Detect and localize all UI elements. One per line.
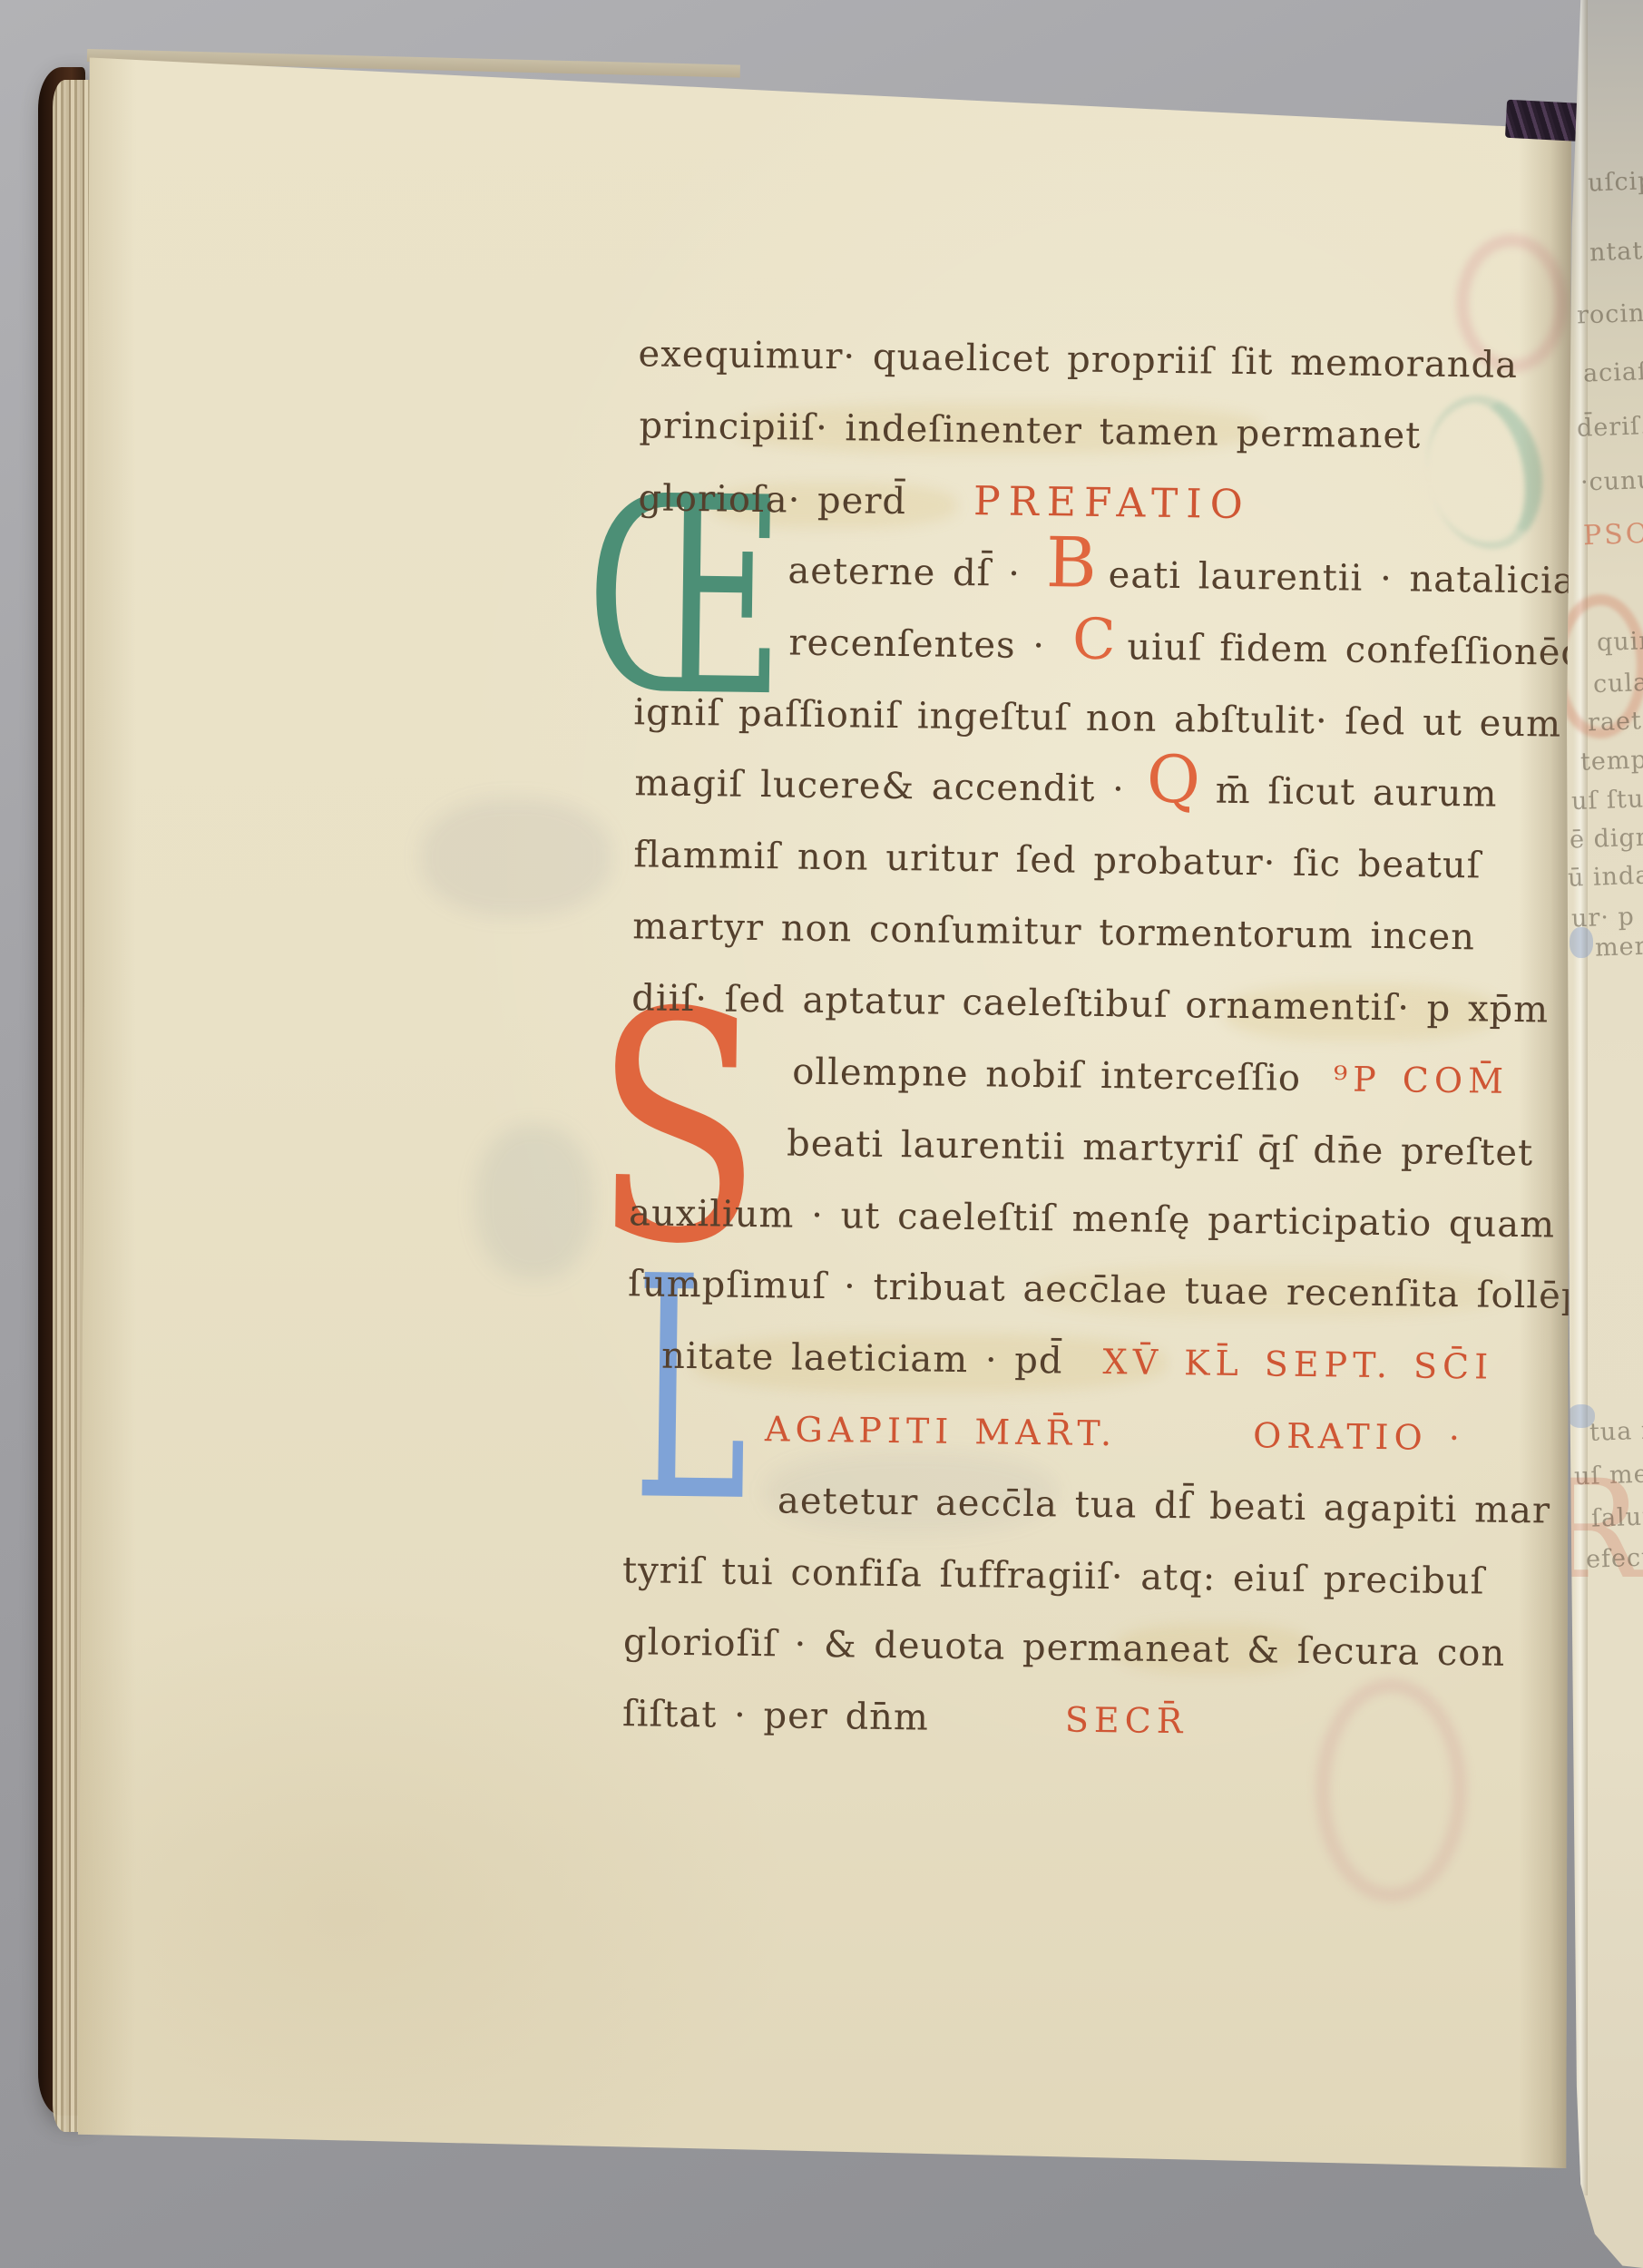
text-line: glorioſiſ · & deuota permaneat & ſecura … [623, 1615, 1506, 1681]
fore-edge-text: ntate [1589, 237, 1643, 268]
fore-edge-text: uſcipe [1587, 166, 1643, 197]
fore-edge-text: raete [1587, 707, 1643, 738]
fore-edge-text: ·cunut [1579, 465, 1643, 496]
text-line: principiiſ· indeſinenter tamen permanet [639, 398, 1422, 463]
text-line: AGAPITI MAR̄T.ORATIO · [765, 1402, 1466, 1465]
text-line: magiſ lucere& accendit ·Qm̄ ſicut aurum [634, 756, 1498, 821]
latin-text: ſiſtat · per dn̄m [622, 1686, 930, 1745]
latin-text: beati laurentii martyriſ q̄ſ dn̄e preſte… [787, 1116, 1534, 1180]
rubric-xv-kl-sept: XV̄ KL̄ SEPT. SC̄I [1102, 1334, 1493, 1394]
latin-text: ſumpſimuſ · tribuat aecc̄lae tuae recenſ… [628, 1256, 1586, 1324]
latin-text: m̄ ſicut aurum [1215, 764, 1497, 822]
fore-edge-text: quin [1596, 627, 1643, 657]
fore-edge-text: cula [1592, 669, 1643, 699]
latin-text: glorioſa· perd̄ [638, 471, 906, 529]
fore-edge-text: efecti o [1585, 1542, 1643, 1574]
text-line: aetetur aecc̄la tua dſ̄ beati agapiti ma… [777, 1473, 1551, 1538]
rubric-secreta: SECR̄ [1065, 1693, 1188, 1749]
rubric-oratio: ORATIO · [1253, 1408, 1466, 1465]
fore-edge-blue-initial-ghost [1570, 927, 1593, 958]
text-line: ſumpſimuſ · tribuat aecc̄lae tuae recenſ… [628, 1256, 1586, 1324]
text-line: ollempne nobiſ interceſſio⁹P COM̄ [792, 1045, 1510, 1109]
text-line: beati laurentii martyriſ q̄ſ dn̄e preſte… [787, 1116, 1534, 1180]
latin-text: aeterne dſ̄ · [787, 543, 1021, 601]
text-line: glorioſa· perd̄PREFATIO [638, 470, 1251, 533]
facing-folio-edge: uſcipe ntate rocinio lu aciaſti d̄eriſ. … [1564, 0, 1643, 2268]
text-line: nitate laeticiam · pd̄XV̄ KL̄ SEPT. SC̄I [661, 1329, 1494, 1394]
latin-text: diiſ· ſed aptatur caeleſtibuſ ornamentiſ… [631, 971, 1550, 1037]
fore-edge-text: tua ſuſt [1589, 1415, 1643, 1447]
fore-edge-text: ſaluti · [1590, 1501, 1643, 1532]
latin-text: nitate laeticiam · pd̄ [661, 1329, 1063, 1389]
latin-text: martyr non conſumitur tormentorum incen [632, 899, 1475, 964]
red-initial-b: B [1046, 562, 1098, 563]
latin-text: glorioſiſ · & deuota permaneat & ſecura … [623, 1615, 1506, 1681]
text-line: tyriſ tui confiſa ſuffragiiſ· atq: eiuſ … [622, 1543, 1485, 1608]
latin-text: ollempne nobiſ interceſſio [792, 1045, 1302, 1106]
red-initial-c: C [1072, 640, 1116, 640]
latin-text: aetetur aecc̄la tua dſ̄ beati agapiti ma… [777, 1473, 1551, 1538]
rubric-post-communio: ⁹P COM̄ [1334, 1051, 1510, 1109]
text-line: recenſentes ·Cuiuſ fidem confeſſionēq; [788, 615, 1599, 680]
manuscript-page: Œ S L exequimur· quaelicet propriiſ ſit … [76, 54, 1571, 2168]
fore-edge-text: uſ ſtudio det [1571, 782, 1643, 816]
latin-text: tyriſ tui confiſa ſuffragiiſ· atq: eiuſ … [622, 1543, 1485, 1608]
fore-edge-text: rocinio lu [1577, 298, 1643, 330]
fore-edge-text: ū indagare [1568, 859, 1643, 892]
text-line: martyr non conſumitur tormentorum incen [632, 899, 1475, 964]
latin-text: recenſentes · [788, 615, 1045, 673]
latin-text: exequimur· quaelicet propriiſ ſit memora… [638, 327, 1518, 393]
latin-text: eati laurentii · natalicia [1108, 548, 1576, 609]
fore-edge-text: templo [1579, 745, 1643, 776]
red-initial-q: Q [1147, 779, 1201, 780]
latin-text: uiuſ fidem confeſſionēq; [1127, 620, 1599, 680]
latin-text: principiiſ· indeſinenter tamen permanet [639, 398, 1422, 463]
latin-text: magiſ lucere& accendit · [634, 756, 1125, 816]
fore-edge-rubric: PSO [1582, 518, 1643, 552]
fore-edge-text: aciaſti [1582, 357, 1643, 387]
rubric-agapiti-mart: AGAPITI MAR̄T. [765, 1402, 1118, 1461]
rubric-prefatio: PREFATIO [973, 474, 1251, 533]
fore-edge-text: d̄eriſ. e [1576, 411, 1643, 443]
text-line: aeterne dſ̄ ·Beati laurentii · natalicia [787, 543, 1576, 608]
text-line: exequimur· quaelicet propriiſ ſit memora… [638, 327, 1518, 393]
fore-edge-text: meri p [1594, 931, 1643, 962]
photo-backdrop: { "photo": { "background_color": "#9fa0a… [0, 0, 1643, 2268]
text-block: Œ S L exequimur· quaelicet propriiſ ſit … [52, 47, 1574, 2180]
text-line: ſiſtat · per dn̄mSECR̄ [622, 1686, 1188, 1748]
latin-text: auxilium · ut caeleſtiſ menſę participat… [629, 1186, 1556, 1252]
text-line: flammiſ non uritur ſed probatur· ſic bea… [633, 827, 1482, 893]
fore-edge-text: ē dignatuſ [1570, 821, 1643, 854]
latin-text: flammiſ non uritur ſed probatur· ſic bea… [633, 827, 1482, 893]
text-line: diiſ· ſed aptatur caeleſtibuſ ornamentiſ… [631, 971, 1550, 1037]
text-line: auxilium · ut caeleſtiſ menſę participat… [629, 1186, 1556, 1252]
